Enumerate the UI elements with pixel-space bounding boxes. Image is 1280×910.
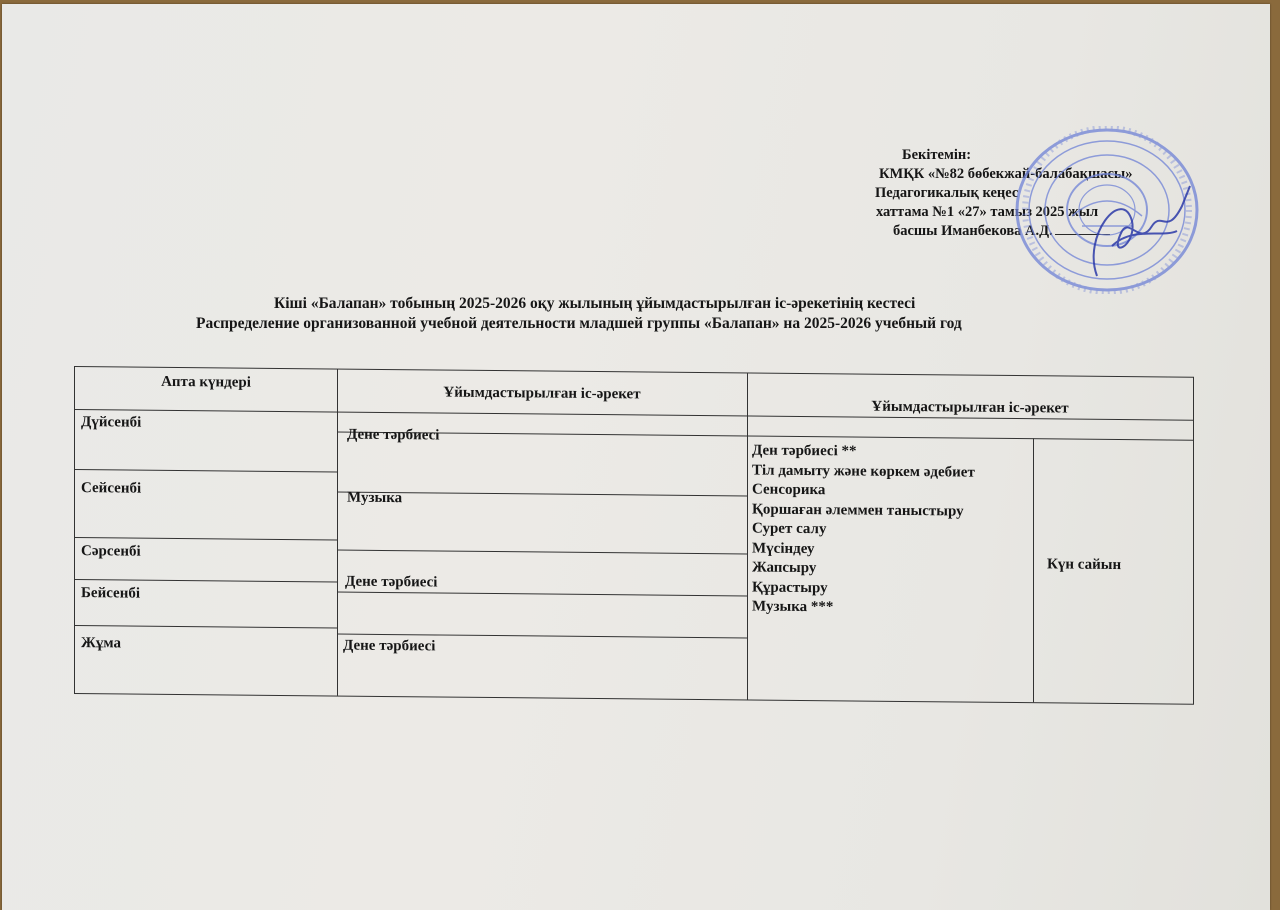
day-wednesday: Сәрсенбі [81,543,141,561]
activity-friday: Дене тәрбиесі [343,638,435,656]
daily-activity-item: Ден тәрбиесі ** [752,442,975,464]
approval-head-name: басшы Иманбекова А.Д. [893,223,1053,239]
header-days: Апта күндері [75,373,337,393]
frequency-label: Күн сайын [1047,556,1121,574]
daily-activity-item: Сурет салу [752,520,975,542]
document-page: Бекітемін: КМҚК «№82 бөбекжай-балабақшас… [2,4,1270,910]
schedule-table: Апта күндері Ұйымдастырылған іс-әрекет Ұ… [74,366,1194,705]
activity-monday: Дене тәрбиесі [347,427,439,445]
daily-activities-list: Ден тәрбиесі ** Тіл дамыту және көркем ә… [752,442,975,620]
approval-block: Бекітемін: КМҚК «№82 бөбекжай-балабақшас… [870,146,1190,241]
approval-council: Педагогикалық кеңес [870,184,1190,203]
approval-heading: Бекітемін: [870,146,1190,165]
title-russian: Распределение организованной учебной дея… [196,314,962,333]
daily-activity-item: Мүсіндеу [752,539,975,561]
approval-head: басшы Иманбекова А.Д. [870,222,1190,241]
daily-activity-item: Құрастыру [752,578,975,600]
day-monday: Дүйсенбі [81,414,141,432]
daily-activity-item: Сенсорика [752,481,975,503]
activity-tuesday: Музыка [347,490,402,508]
daily-activity-item: Музыка *** [752,598,975,620]
header-activity: Ұйымдастырылған іс-әрекет [337,384,747,405]
signature-line [1055,234,1110,235]
day-friday: Жұма [81,635,121,652]
daily-activity-item: Қоршаған әлеммен таныстыру [752,500,975,522]
daily-activity-item: Тіл дамыту және көркем әдебиет [752,461,975,483]
approval-organization: КМҚК «№82 бөбекжай-балабақшасы» [870,165,1190,184]
title-kazakh: Кіші «Балапан» тобының 2025-2026 оқу жыл… [274,294,915,313]
day-thursday: Бейсенбі [81,585,140,603]
day-tuesday: Сейсенбі [81,480,141,498]
approval-protocol: хаттама №1 «27» тамыз 2025 жыл [870,203,1190,222]
activity-wednesday: Дене тәрбиесі [345,574,437,592]
daily-activity-item: Жапсыру [752,559,975,581]
